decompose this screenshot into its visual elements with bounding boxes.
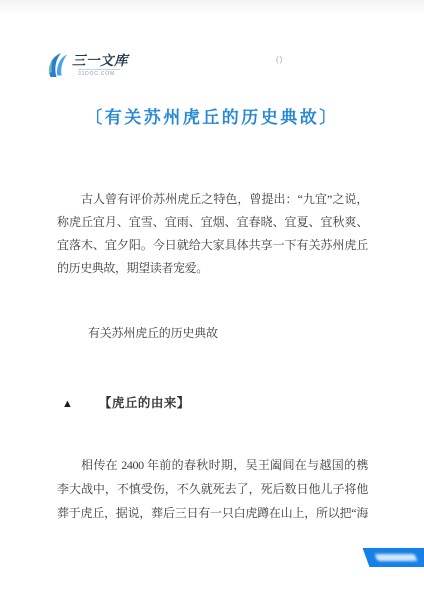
document-subtitle: 有关苏州虎丘的历史典故 <box>57 322 368 345</box>
paragraph-line: 李大战中，不慎受伤，不久就死去了，死后数日他儿子将他 <box>57 477 368 501</box>
logo-text-group: 三一文库 31DOC.COM <box>72 50 128 77</box>
paragraph-story: 相传在 2400 年前的春秋时期，吴王阖闾在与越国的槜 李大战中，不慎受伤，不久… <box>57 453 368 525</box>
paragraph-line: 葬于虎丘，据说，葬后三日有一只白虎蹲在山上，所以把“海 <box>57 501 368 525</box>
section-heading-row: ▲【虎丘的由来】 <box>57 391 368 416</box>
logo-domain: 31DOC.COM <box>78 69 120 77</box>
triangle-bullet-icon: ▲ <box>62 398 73 410</box>
site-logo: 三一文库 31DOC.COM <box>46 50 128 80</box>
paragraph-line: 称虎丘宜月、宜雪、宜雨、宜烟、宜春晓、宜夏、宜秋爽、 <box>57 211 368 234</box>
logo-name: 三一文库 <box>72 54 128 68</box>
paragraph-line: 宜落木、宜夕阳。今日就给大家具体共享一下有关苏州虎丘 <box>57 234 368 257</box>
document-page: 三一文库 31DOC.COM () 〔有关苏州虎丘的历史典故〕 古人曾有评价苏州… <box>0 0 424 600</box>
footer-ribbon-illegible-text <box>375 554 418 561</box>
corner-bracket-mark: () <box>276 55 283 64</box>
document-title: 〔有关苏州虎丘的历史典故〕 <box>0 103 424 128</box>
swoosh-logo-icon <box>46 50 70 80</box>
paragraph-intro: 古人曾有评价苏州虎丘之特色，曾提出：“九宜”之说， 称虎丘宜月、宜雪、宜雨、宜烟… <box>57 188 368 280</box>
section-heading: 【虎丘的由来】 <box>99 396 190 410</box>
paragraph-line: 古人曾有评价苏州虎丘之特色，曾提出：“九宜”之说， <box>57 188 368 211</box>
paragraph-line: 的历史典故，期望读者宠爱。 <box>57 257 368 280</box>
footer-ribbon <box>363 548 424 567</box>
paragraph-line: 相传在 2400 年前的春秋时期，吴王阖闾在与越国的槜 <box>57 453 368 477</box>
page-top-shade <box>0 0 424 14</box>
